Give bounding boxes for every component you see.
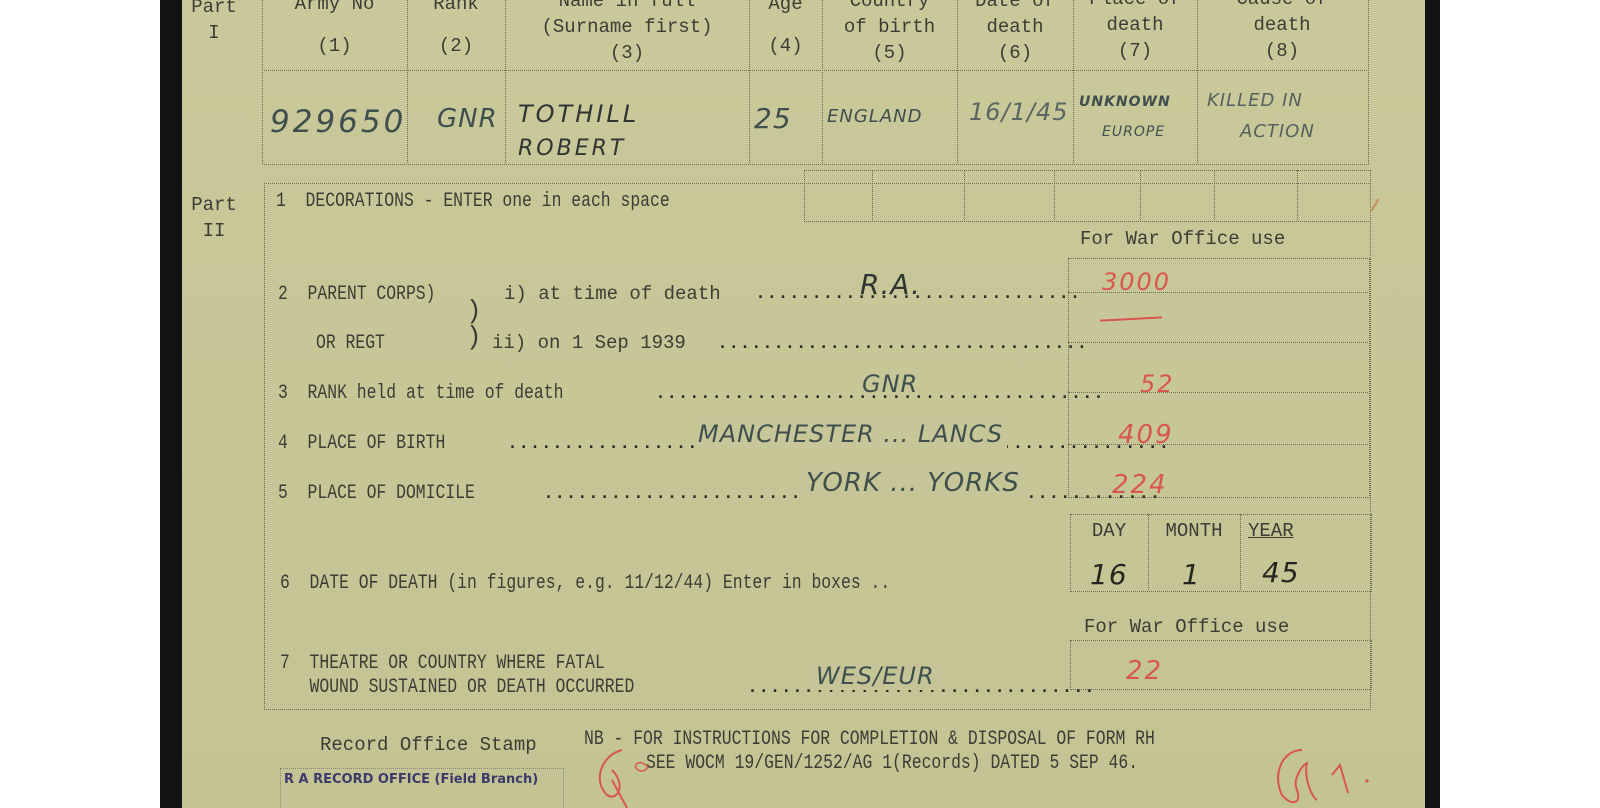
column-subtitle: death: [1073, 12, 1197, 38]
item-label: DECORATIONS - ENTER one in each space: [306, 190, 670, 213]
decoration-slot-divider: [1140, 170, 1141, 220]
place-of-birth-value: MANCHESTER ... LANCS: [694, 420, 1007, 448]
cause-of-death-line-2: ACTION: [1240, 121, 1315, 142]
decoration-slot-divider: [872, 170, 873, 220]
red-signature-icon: [1272, 745, 1382, 808]
war-office-use-label-2: For War Office use: [1084, 616, 1289, 638]
country-of-birth-value: ENGLAND: [827, 106, 922, 127]
theatre-code: 22: [1126, 656, 1163, 686]
item-label: PARENT CORPS): [308, 283, 436, 306]
decoration-slot-divider: [1054, 170, 1055, 220]
column-number: (5): [822, 40, 957, 66]
column-number: (6): [957, 40, 1073, 66]
column-title: Name in full: [505, 0, 749, 14]
column-number: (8): [1197, 38, 1367, 64]
parent-corps-line-2: OR REGT: [316, 332, 385, 355]
cause-of-death-line-1: KILLED IN: [1207, 90, 1303, 111]
code-row-divider: [1068, 392, 1368, 393]
column-title: Country: [822, 0, 957, 14]
margin-tick-mark: [1371, 198, 1380, 211]
item-label: PLACE OF DOMICILE: [308, 482, 475, 505]
column-title: Age: [749, 0, 822, 18]
item-label-line-2: WOUND SUSTAINED OR DEATH OCCURRED: [280, 676, 634, 699]
army-number-value: 929650: [270, 104, 406, 140]
column-number: (3): [505, 40, 749, 66]
war-office-use-label: For War Office use: [1080, 228, 1285, 250]
record-office-stamp: R A RECORD OFFICE (Field Branch): [284, 772, 538, 787]
item-6-date-of-death: 6 DATE OF DEATH (in figures, e.g. 11/12/…: [280, 572, 890, 595]
part-1-label: Part I: [186, 0, 242, 46]
item-7-theatre: 7 THEATRE OR COUNTRY WHERE FATAL WOUND S…: [280, 652, 634, 700]
forename-value: ROBERT: [518, 136, 626, 161]
place-of-domicile-code: 224: [1112, 470, 1168, 500]
column-number: (4): [749, 32, 822, 60]
column-title: Date of: [957, 0, 1073, 14]
year-label: YEAR: [1248, 520, 1294, 542]
item-3-rank-held: 3 RANK held at time of death: [278, 382, 563, 405]
item-label: PLACE OF BIRTH: [308, 432, 446, 455]
parent-corps-at-death-value: R.A.: [860, 268, 921, 301]
year-value: 45: [1262, 556, 1300, 589]
dotted-leader: .................................: [718, 334, 1089, 352]
column-header-age: Age (4): [749, 0, 822, 60]
nb-instruction-line-2: SEE WOCM 19/GEN/1252/AG 1(Records) DATED…: [646, 752, 1138, 775]
parent-corps-code: 3000: [1102, 268, 1171, 296]
day-value: 16: [1090, 558, 1128, 591]
item-label: RANK held at time of death: [308, 382, 564, 405]
surname-value: TOTHILL: [518, 100, 639, 128]
record-office-stamp-label: Record Office Stamp: [320, 734, 537, 756]
age-value: 25: [754, 102, 792, 135]
date-box-divider: [1240, 514, 1241, 590]
part-2-label: Part II: [186, 192, 242, 244]
column-header-country-of-birth: Country of birth (5): [822, 0, 957, 66]
item-number: 6: [280, 572, 290, 595]
item-number: 5: [278, 482, 288, 505]
rank-held-value: GNR: [862, 370, 918, 398]
column-subtitle: of birth: [822, 14, 957, 40]
decoration-slot-divider: [1297, 170, 1298, 220]
column-header-cause-of-death: Cause of death (8): [1197, 0, 1367, 64]
column-number: (2): [407, 32, 505, 60]
place-of-birth-code: 409: [1118, 420, 1174, 450]
item-number: 2: [278, 283, 288, 306]
part-1-numeral: I: [186, 20, 242, 46]
column-title: Rank: [407, 0, 505, 18]
column-title: Place of: [1073, 0, 1197, 12]
column-number: (1): [262, 32, 407, 60]
part-1-header-divider: [262, 70, 1367, 71]
item-label: THEATRE OR COUNTRY WHERE FATAL: [310, 652, 605, 675]
item-4-place-of-birth: 4 PLACE OF BIRTH: [278, 432, 445, 455]
decoration-slot-divider: [1214, 170, 1215, 220]
column-header-date-of-death: Date of death (6): [957, 0, 1073, 66]
column-subtitle: death: [1197, 12, 1367, 38]
place-of-domicile-value: YORK ... YORKS: [802, 468, 1024, 498]
parent-corps-sub-i: i) at time of death: [504, 283, 721, 305]
rank-held-code: 52: [1140, 370, 1175, 398]
column-header-rank: Rank (2): [407, 0, 505, 60]
code-row-divider: [1068, 342, 1368, 343]
place-of-death-line-2: EUROPE: [1102, 124, 1165, 140]
part-1-word: Part: [186, 0, 242, 20]
month-label: MONTH: [1148, 520, 1240, 542]
item-number: 1: [276, 190, 286, 213]
column-number: (7): [1073, 38, 1197, 64]
item-2-parent-corps: 2 PARENT CORPS): [278, 283, 435, 306]
parent-corps-sub-ii: ii) on 1 Sep 1939: [492, 332, 686, 354]
place-of-death-line-1: UNKNOWN: [1079, 94, 1171, 110]
item-label: DATE OF DEATH (in figures, e.g. 11/12/44…: [310, 572, 891, 595]
item-5-place-of-domicile: 5 PLACE OF DOMICILE: [278, 482, 475, 505]
part-2-word: Part: [186, 192, 242, 218]
item-number: 3: [278, 382, 288, 405]
brace-icon: )): [466, 298, 482, 350]
column-subtitle: (Surname first): [505, 14, 749, 40]
day-label: DAY: [1070, 520, 1148, 542]
decorations-grid[interactable]: [804, 170, 1371, 222]
theatre-value: WES/EUR: [812, 662, 939, 690]
column-subtitle: death: [957, 14, 1073, 40]
column-title: Army No: [262, 0, 407, 18]
date-of-death-value: 16/1/45: [969, 98, 1069, 126]
casualty-form: Part I Army No (1) Rank (2) Name in full…: [182, 0, 1425, 808]
item-1-decorations: 1 DECORATIONS - ENTER one in each space: [276, 190, 670, 213]
column-header-army-no: Army No (1): [262, 0, 407, 60]
decoration-slot-divider: [964, 170, 965, 220]
column-header-name: Name in full (Surname first) (3): [505, 0, 749, 66]
red-initial-mark-icon: [582, 740, 672, 808]
column-title: Cause of: [1197, 0, 1367, 12]
part-2-numeral: II: [186, 218, 242, 244]
column-header-place-of-death: Place of death (7): [1073, 0, 1197, 64]
month-value: 1: [1182, 558, 1201, 591]
theatre-code-box: [1070, 640, 1372, 690]
item-number: 4: [278, 432, 288, 455]
item-number: 7: [280, 652, 290, 675]
rank-value: GNR: [437, 104, 498, 134]
